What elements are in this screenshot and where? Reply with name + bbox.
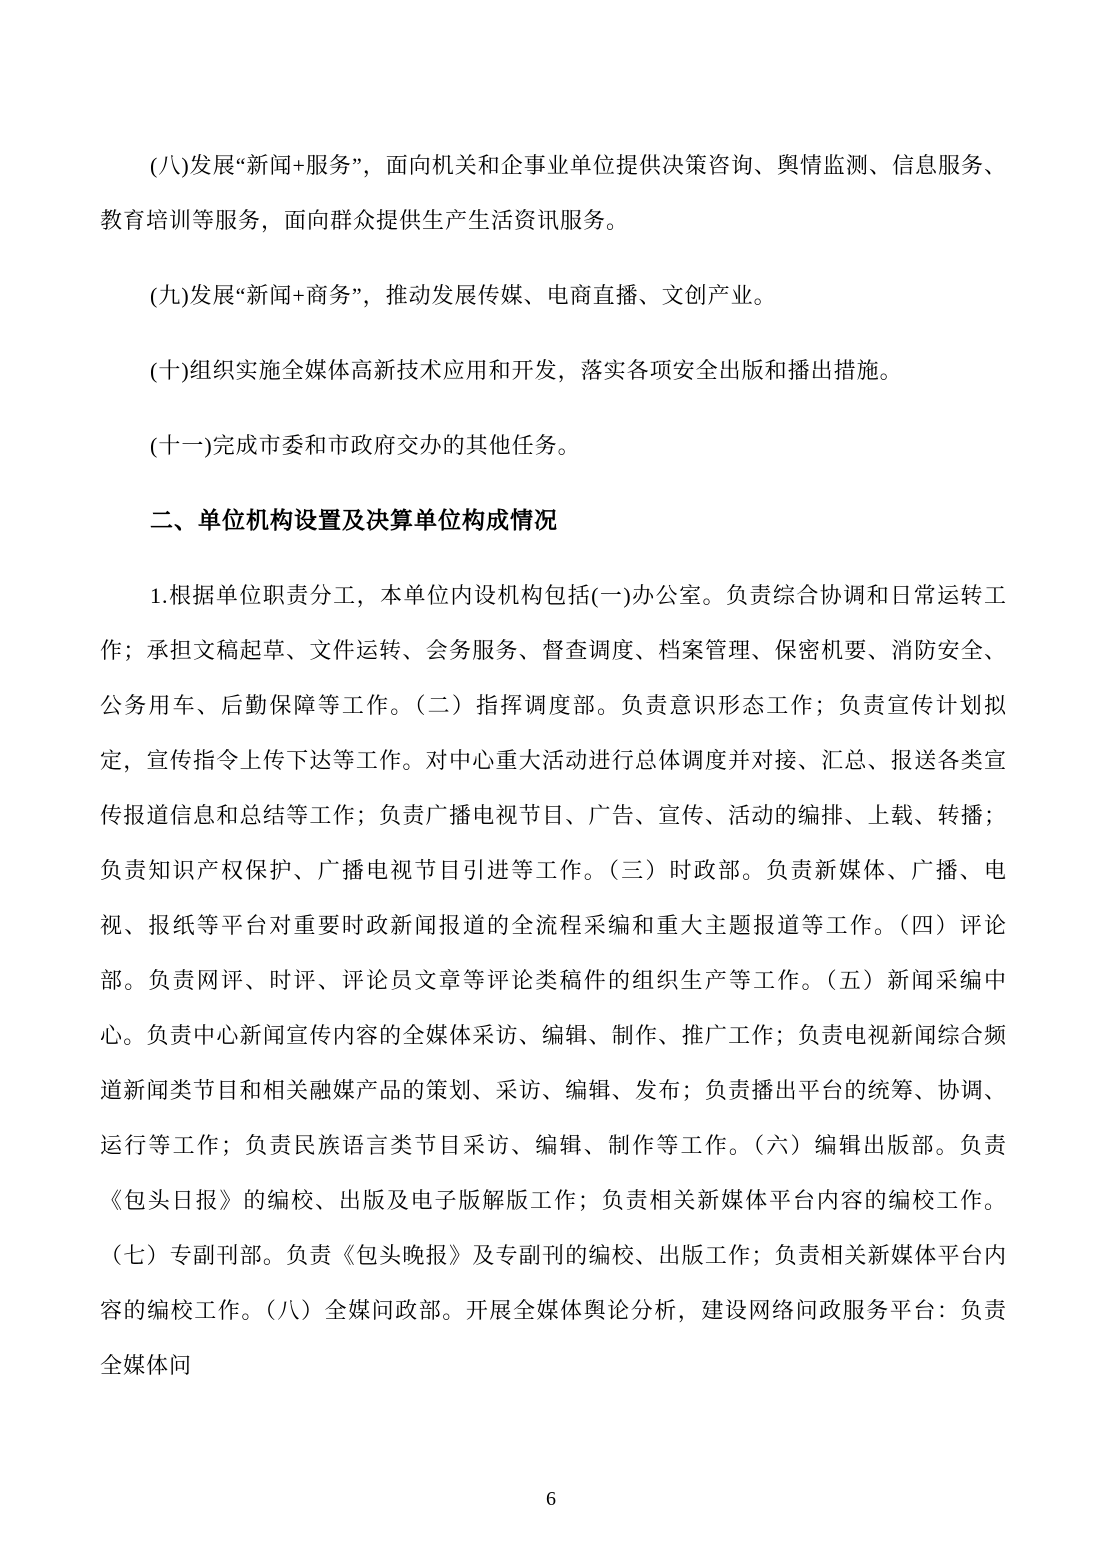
page-number: 6 xyxy=(0,1487,1102,1511)
document-page: (八)发展“新闻+服务”，面向机关和企事业单位提供决策咨询、舆情监测、信息服务、… xyxy=(0,0,1102,1559)
clause-paragraph-8: (八)发展“新闻+服务”，面向机关和企事业单位提供决策咨询、舆情监测、信息服务、… xyxy=(100,138,1007,248)
section-heading: 二、单位机构设置及决算单位构成情况 xyxy=(100,493,1007,548)
clause-paragraph-10: (十)组织实施全媒体高新技术应用和开发，落实各项安全出版和播出措施。 xyxy=(100,343,1007,398)
clause-paragraph-11: (十一)完成市委和市政府交办的其他任务。 xyxy=(100,418,1007,473)
org-structure-paragraph: 1.根据单位职责分工，本单位内设机构包括(一)办公室。负责综合协调和日常运转工作… xyxy=(100,568,1007,1393)
clause-paragraph-9: (九)发展“新闻+商务”，推动发展传媒、电商直播、文创产业。 xyxy=(100,268,1007,323)
